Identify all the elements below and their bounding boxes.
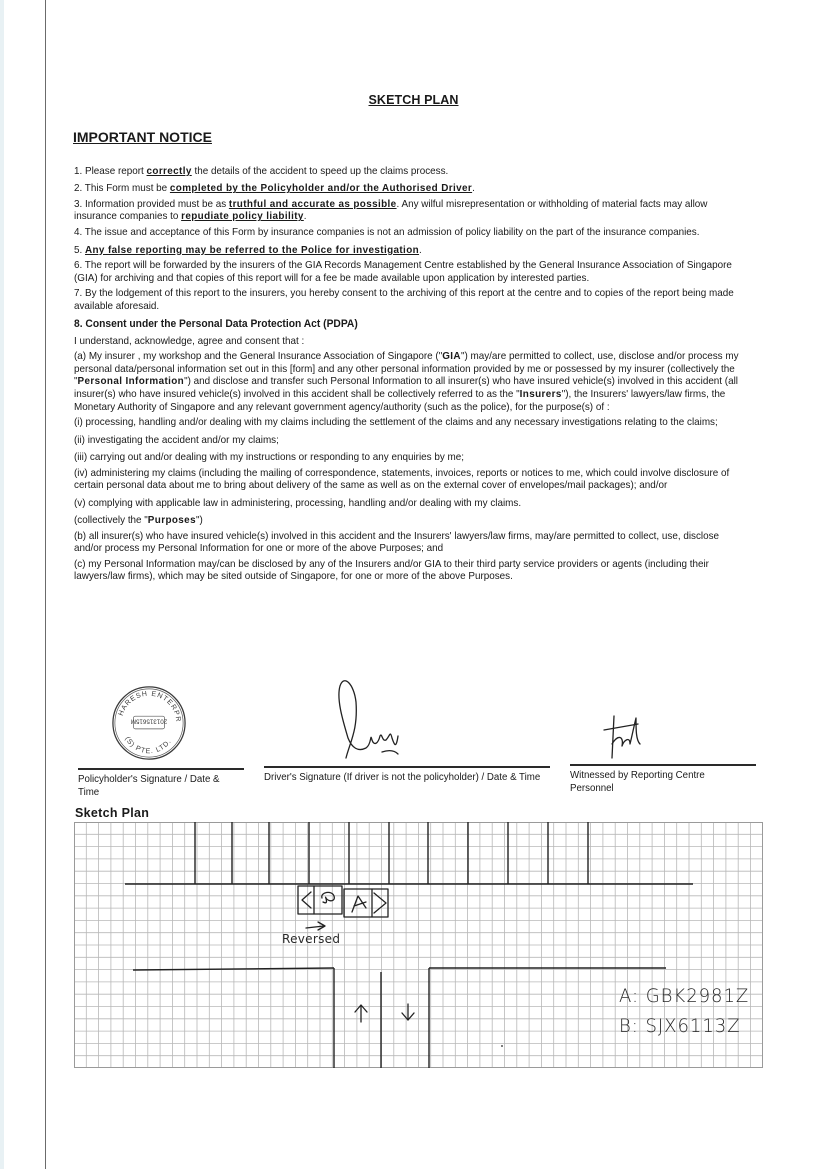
page-margin-line xyxy=(45,0,46,1169)
scan-edge xyxy=(0,0,4,1169)
road-edges xyxy=(133,968,666,1068)
svg-text:(S) PTE. LTD.: (S) PTE. LTD. xyxy=(123,736,173,756)
pdpa-purpose-ii: (ii) investigating the accident and/or m… xyxy=(74,433,743,449)
witness-signature-label: Witnessed by Reporting Centre Personnel xyxy=(570,769,735,795)
witness-signature-line xyxy=(570,764,756,766)
notice-item-5: 5. Any false reporting may be referred t… xyxy=(74,243,743,259)
pdpa-purpose-i: (i) processing, handling and/or dealing … xyxy=(74,417,743,430)
notice-item-7: 7. By the lodgement of this report to th… xyxy=(74,288,743,313)
reverse-arrow-icon xyxy=(306,922,325,930)
emphasis-text: truthful and accurate as possible xyxy=(229,199,397,210)
vehicle-a xyxy=(344,889,388,917)
driver-signature xyxy=(336,672,446,762)
up-arrow-icon xyxy=(355,1005,367,1022)
emphasis-text: completed by the Policyholder and/or the… xyxy=(170,183,472,194)
reversed-annotation: Reversed xyxy=(282,932,340,946)
svg-text:201315615M: 201315615M xyxy=(131,718,167,725)
pdpa-purpose-v: (v) complying with applicable law in adm… xyxy=(74,496,743,512)
notice-item-3: 3. Information provided must be as truth… xyxy=(74,199,743,224)
policyholder-signature-label: Policyholder's Signature / Date & Time xyxy=(78,773,243,799)
pdpa-purpose-iv: (iv) administering my claims (including … xyxy=(74,468,743,493)
witness-signature xyxy=(602,714,662,762)
emphasis-text: Any false reporting may be referred to t… xyxy=(85,245,419,256)
driver-signature-line xyxy=(264,766,550,768)
notice-item-6: 6. The report will be forwarded by the i… xyxy=(74,260,743,285)
pdpa-clause-c: (c) my Personal Information may/can be d… xyxy=(74,559,743,584)
notice-item-1: 1. Please report correctly the details o… xyxy=(74,164,743,180)
pdpa-intro: I understand, acknowledge, agree and con… xyxy=(74,334,743,350)
notice-item-4: 4. The issue and acceptance of this Form… xyxy=(74,227,743,240)
emphasis-text: correctly xyxy=(147,166,192,177)
vehicle-b xyxy=(298,886,342,914)
notice-item-2: 2. This Form must be completed by the Po… xyxy=(74,181,743,197)
signature-section: 201315615M HARESH ENTERPRISES (S) PTE. L… xyxy=(74,680,764,805)
sketch-plan-heading: Sketch Plan xyxy=(75,806,149,820)
driver-signature-label: Driver's Signature (If driver is not the… xyxy=(264,771,555,784)
notice-heading: IMPORTANT NOTICE xyxy=(73,129,212,145)
pdpa-clause-a: (a) My insurer , my workshop and the Gen… xyxy=(74,351,743,414)
company-stamp: 201315615M HARESH ENTERPRISES (S) PTE. L… xyxy=(110,684,188,762)
sketch-plan-grid: Reversed A: GBK2981Z B: SJX6113Z xyxy=(74,822,763,1068)
pdpa-purpose-iii: (iii) carrying out and/or dealing with m… xyxy=(74,450,743,466)
ink-speck xyxy=(501,1045,503,1047)
pdpa-clause-b: (b) all insurer(s) who have insured vehi… xyxy=(74,531,743,556)
pdpa-heading: 8. Consent under the Personal Data Prote… xyxy=(74,316,743,332)
vehicle-b-plate: B: SJX6113Z xyxy=(619,1015,741,1037)
policyholder-signature-line xyxy=(78,768,244,770)
notice-body: 1. Please report correctly the details o… xyxy=(74,164,743,587)
emphasis-text: repudiate policy liability xyxy=(181,211,304,222)
parking-bay-lines xyxy=(125,822,693,884)
vehicle-a-plate: A: GBK2981Z xyxy=(619,985,749,1007)
down-arrow-icon xyxy=(402,1004,414,1020)
pdpa-purposes-definition: (collectively the "Purposes") xyxy=(74,513,743,529)
document-title: SKETCH PLAN xyxy=(0,93,827,107)
